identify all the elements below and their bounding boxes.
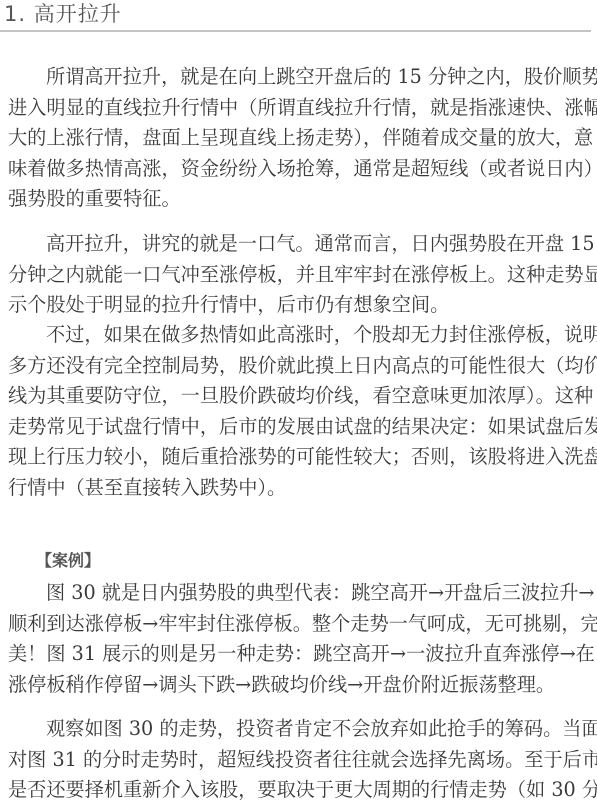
heading-divider	[0, 30, 591, 32]
text-line: 走势常见于试盘行情中，后市的发展由试盘的结果决定：如果试盘后发	[8, 412, 590, 443]
text-line: 美！图 31 展示的则是另一种走势：跳空高开→一波拉升直奔涨停→在	[8, 639, 590, 670]
paragraph-2: 高开拉升，讲究的就是一口气。通常而言，日内强势股在开盘 15 分钟之内就能一口气…	[8, 229, 590, 321]
text-line: 示个股处于明显的拉升行情中，后市仍有想象空间。	[8, 290, 590, 321]
paragraph-3: 不过，如果在做多热情如此高涨时，个股却无力封住涨停板，说明 多方还没有完全控制局…	[8, 320, 590, 503]
text-line: 顺利到达涨停板→牢牢封住涨停板。整个走势一气呵成，无可挑剔，完	[8, 609, 590, 640]
text-line: 强势股的重要特征。	[8, 184, 590, 215]
text-line: 观察如图 30 的走势，投资者肯定不会放弃如此抢手的筹码。当面	[8, 714, 590, 745]
text-line: 对图 31 的分时走势时，超短线投资者往往就会选择先离场。至于后市	[8, 745, 590, 776]
text-line: 所谓高开拉升，就是在向上跳空开盘后的 15 分钟之内，股价顺势	[8, 62, 590, 93]
text-line: 图 30 就是日内强势股的典型代表：跳空高开→开盘后三波拉升→	[8, 578, 590, 609]
case-paragraph-1: 图 30 就是日内强势股的典型代表：跳空高开→开盘后三波拉升→ 顺利到达涨停板→…	[8, 578, 590, 700]
text-line: 味着做多热情高涨，资金纷纷入场抢筹，通常是超短线（或者说日内）	[8, 154, 590, 185]
text-line: 分钟之内就能一口气冲至涨停板，并且牢牢封在涨停板上。这种走势显	[8, 260, 590, 291]
case-label: 【案例】	[36, 548, 100, 571]
text-line: 不过，如果在做多热情如此高涨时，个股却无力封住涨停板，说明	[8, 320, 590, 351]
text-line: 线为其重要防守位，一旦股价跌破均价线，看空意味更加浓厚）。这种	[8, 381, 590, 412]
text-line: 涨停板稍作停留→调头下跌→跌破均价线→开盘价附近振荡整理。	[8, 670, 590, 701]
text-line: 是否还要择机重新介入该股，要取决于更大周期的行情走势（如 30 分	[8, 775, 590, 806]
text-line: 高开拉升，讲究的就是一口气。通常而言，日内强势股在开盘 15	[8, 229, 590, 260]
text-line: 大的上涨行情，盘面上呈现直线上扬走势），伴随着成交量的放大，意	[8, 123, 590, 154]
text-line: 进入明显的直线拉升行情中（所谓直线拉升行情，就是指涨速快、涨幅	[8, 93, 590, 124]
text-line: 行情中（甚至直接转入跌势中）。	[8, 473, 590, 504]
text-line: 多方还没有完全控制局势，股价就此摸上日内高点的可能性很大（均价	[8, 351, 590, 382]
text-line: 现上行压力较小，随后重拾涨势的可能性较大；否则，该股将进入洗盘	[8, 442, 590, 473]
case-paragraph-2: 观察如图 30 的走势，投资者肯定不会放弃如此抢手的筹码。当面 对图 31 的分…	[8, 714, 590, 806]
section-heading: 1. 高开拉升	[4, 0, 122, 28]
paragraph-1: 所谓高开拉升，就是在向上跳空开盘后的 15 分钟之内，股价顺势 进入明显的直线拉…	[8, 62, 590, 215]
